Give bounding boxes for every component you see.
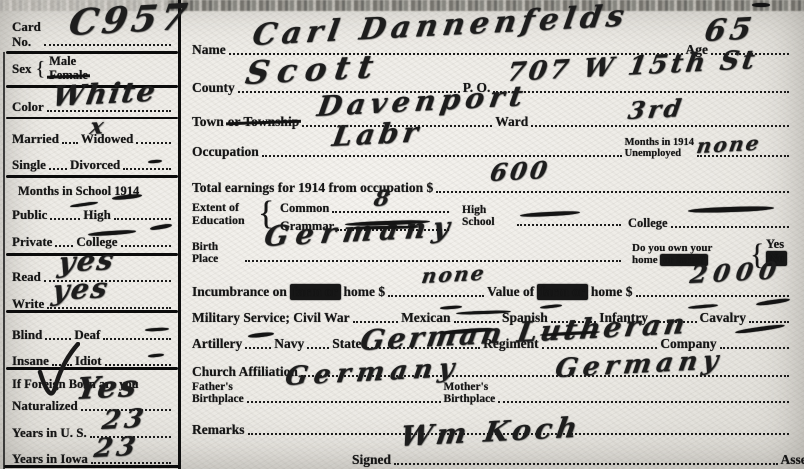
hw-color-value: White [50,75,159,113]
education-label-block: Extent of Education [192,201,258,227]
rule-line [6,367,178,370]
hw-birthplace-value: Germany [262,210,459,253]
field-single-divorced: Single Divorced [12,156,174,173]
ink-dash-mark [688,206,774,214]
field-birth-place: Birth Place [192,238,242,266]
dotted-leader [114,218,171,220]
dotted-leader [531,125,789,127]
fathers-label-2: Birthplace [192,393,244,406]
public-label: Public [12,207,47,223]
dotted-leader [245,260,621,262]
state-label: State [332,336,361,352]
hw-occupation-value: Labr [330,115,424,153]
fathers-label-1: Father's [192,381,244,394]
college-label: College [628,216,668,231]
deaf-label: Deaf [74,327,100,343]
dotted-leader [247,401,441,403]
dotted-leader [47,307,171,309]
hw-years-us-value: 23 [100,404,149,436]
dotted-leader [493,91,789,93]
months-1914-label: Months in 1914 [625,137,694,149]
hw-unemployed-value: none [695,131,763,158]
column-divider-line [178,0,181,469]
field-college: College [628,216,792,231]
field-parents-birthplace: Father's Birthplace Mother's Birthplace [192,376,792,406]
hw-ward-value: 3rd [626,93,686,125]
dotted-leader [388,295,484,297]
own-home-label-1: Do you own your [632,242,712,254]
high-label: High [83,207,110,223]
county-label: County [192,80,235,96]
hw-incumbrance-value: none [420,261,488,288]
hw-years-iowa-value: 23 [92,432,141,464]
high-school-label-2: School [462,216,495,229]
scanned-census-card: Card No. Sex { Male Female Color Married… [0,0,804,469]
own-home-label-2: home [632,254,658,266]
cavalry-label: Cavalry [700,310,747,326]
sex-male-option: Male [49,55,88,69]
school-section-header: Months in School 1914 [18,182,176,199]
own-home-yes: Yes [766,238,802,252]
ward-label: Ward [495,114,528,130]
earnings-label: Total earnings for 1914 from occupation … [192,180,433,196]
hw-card-no-value: C957 [66,0,194,44]
rule-line [4,465,180,468]
private-label: Private [12,234,52,250]
dotted-leader [542,347,658,349]
mothers-label-2: Birthplace [444,393,496,406]
divorced-label: Divorced [70,157,120,173]
hw-age-value: 65 [702,11,758,49]
dotted-leader [498,401,789,403]
military-label: Military Service; Civil War [192,310,350,326]
assessor-label: Assessor [781,452,804,468]
high-school-label-1: High [462,204,495,217]
dotted-leader [121,245,171,247]
hw-write-value: yes [50,271,112,307]
common-label: Common [280,201,329,216]
ink-dash-mark [150,223,172,231]
name-label: Name [192,42,226,58]
value-of-label-2: home $ [591,284,633,300]
birth-label-2: Place [192,253,218,266]
dotted-leader [307,347,329,349]
field-signed: Signed Assessor [352,450,804,468]
dotted-leader [44,44,171,46]
navy-label: Navy [274,336,304,352]
rule-line [6,310,178,313]
dotted-leader [62,142,78,144]
dotted-leader [517,224,621,226]
field-high-school: High School [462,201,512,229]
card-no-label-2: No. [12,35,41,49]
dotted-leader [123,168,171,170]
hw-signed-value: Wm Koch [398,411,584,453]
remarks-label: Remarks [192,422,245,438]
dotted-leader [262,155,622,157]
education-label: Education [192,214,245,227]
married-label: Married [12,131,59,147]
dotted-leader [720,347,789,349]
naturalized-checkmark-icon [36,342,80,410]
dotted-leader [436,191,789,193]
hw-county-value: Scott [243,47,384,92]
incumbrance-label-2: home $ [344,284,386,300]
dotted-leader [50,218,80,220]
birth-label-1: Birth [192,241,218,254]
dotted-leader [103,338,171,340]
dotted-leader [245,347,271,349]
field-years-us: Years in U. S. [12,424,174,441]
dotted-leader [136,142,171,144]
years-us-label: Years in U. S. [12,425,87,441]
field-town: Town or Township Ward [192,112,792,130]
dotted-leader [671,226,789,228]
dotted-leader [394,463,777,465]
town-label: Town [192,114,224,130]
scan-artifact-mark [752,3,770,7]
dotted-leader [636,295,790,297]
incumbrance-label: Incumbrance on [192,284,287,300]
dotted-leader [105,364,171,366]
own-yes-label: Yes [766,237,784,252]
card-left-edge-line [3,52,5,469]
card-no-label-1: Card [12,20,41,34]
hw-earnings-value: 600 [488,155,552,187]
blind-label: Blind [12,327,42,343]
value-of-label: Value of [487,284,534,300]
rule-line [6,175,178,178]
hw-naturalized-value: Yes [74,369,141,407]
dotted-leader [49,168,67,170]
value-of-label-struck: farm or [537,284,588,300]
extent-of-label: Extent of [192,201,245,214]
occupation-label: Occupation [192,144,259,160]
rule-line [6,51,178,54]
dotted-leader [749,321,789,323]
single-label: Single [12,157,46,173]
read-label: Read [12,269,41,285]
brace-glyph: { [36,60,46,78]
incumbrance-label-struck: farm or [290,284,341,300]
town-label-struck: or Township [228,114,299,130]
signed-label: Signed [352,452,391,468]
field-public-high: Public High [12,206,174,223]
color-label: Color [12,99,44,115]
sex-label: Sex [12,61,32,77]
unemployed-label: Unemployed [625,148,694,160]
dotted-leader [45,338,71,340]
artillery-label: Artillery [192,336,242,352]
hw-home-value-amount: 2000 [688,255,784,289]
